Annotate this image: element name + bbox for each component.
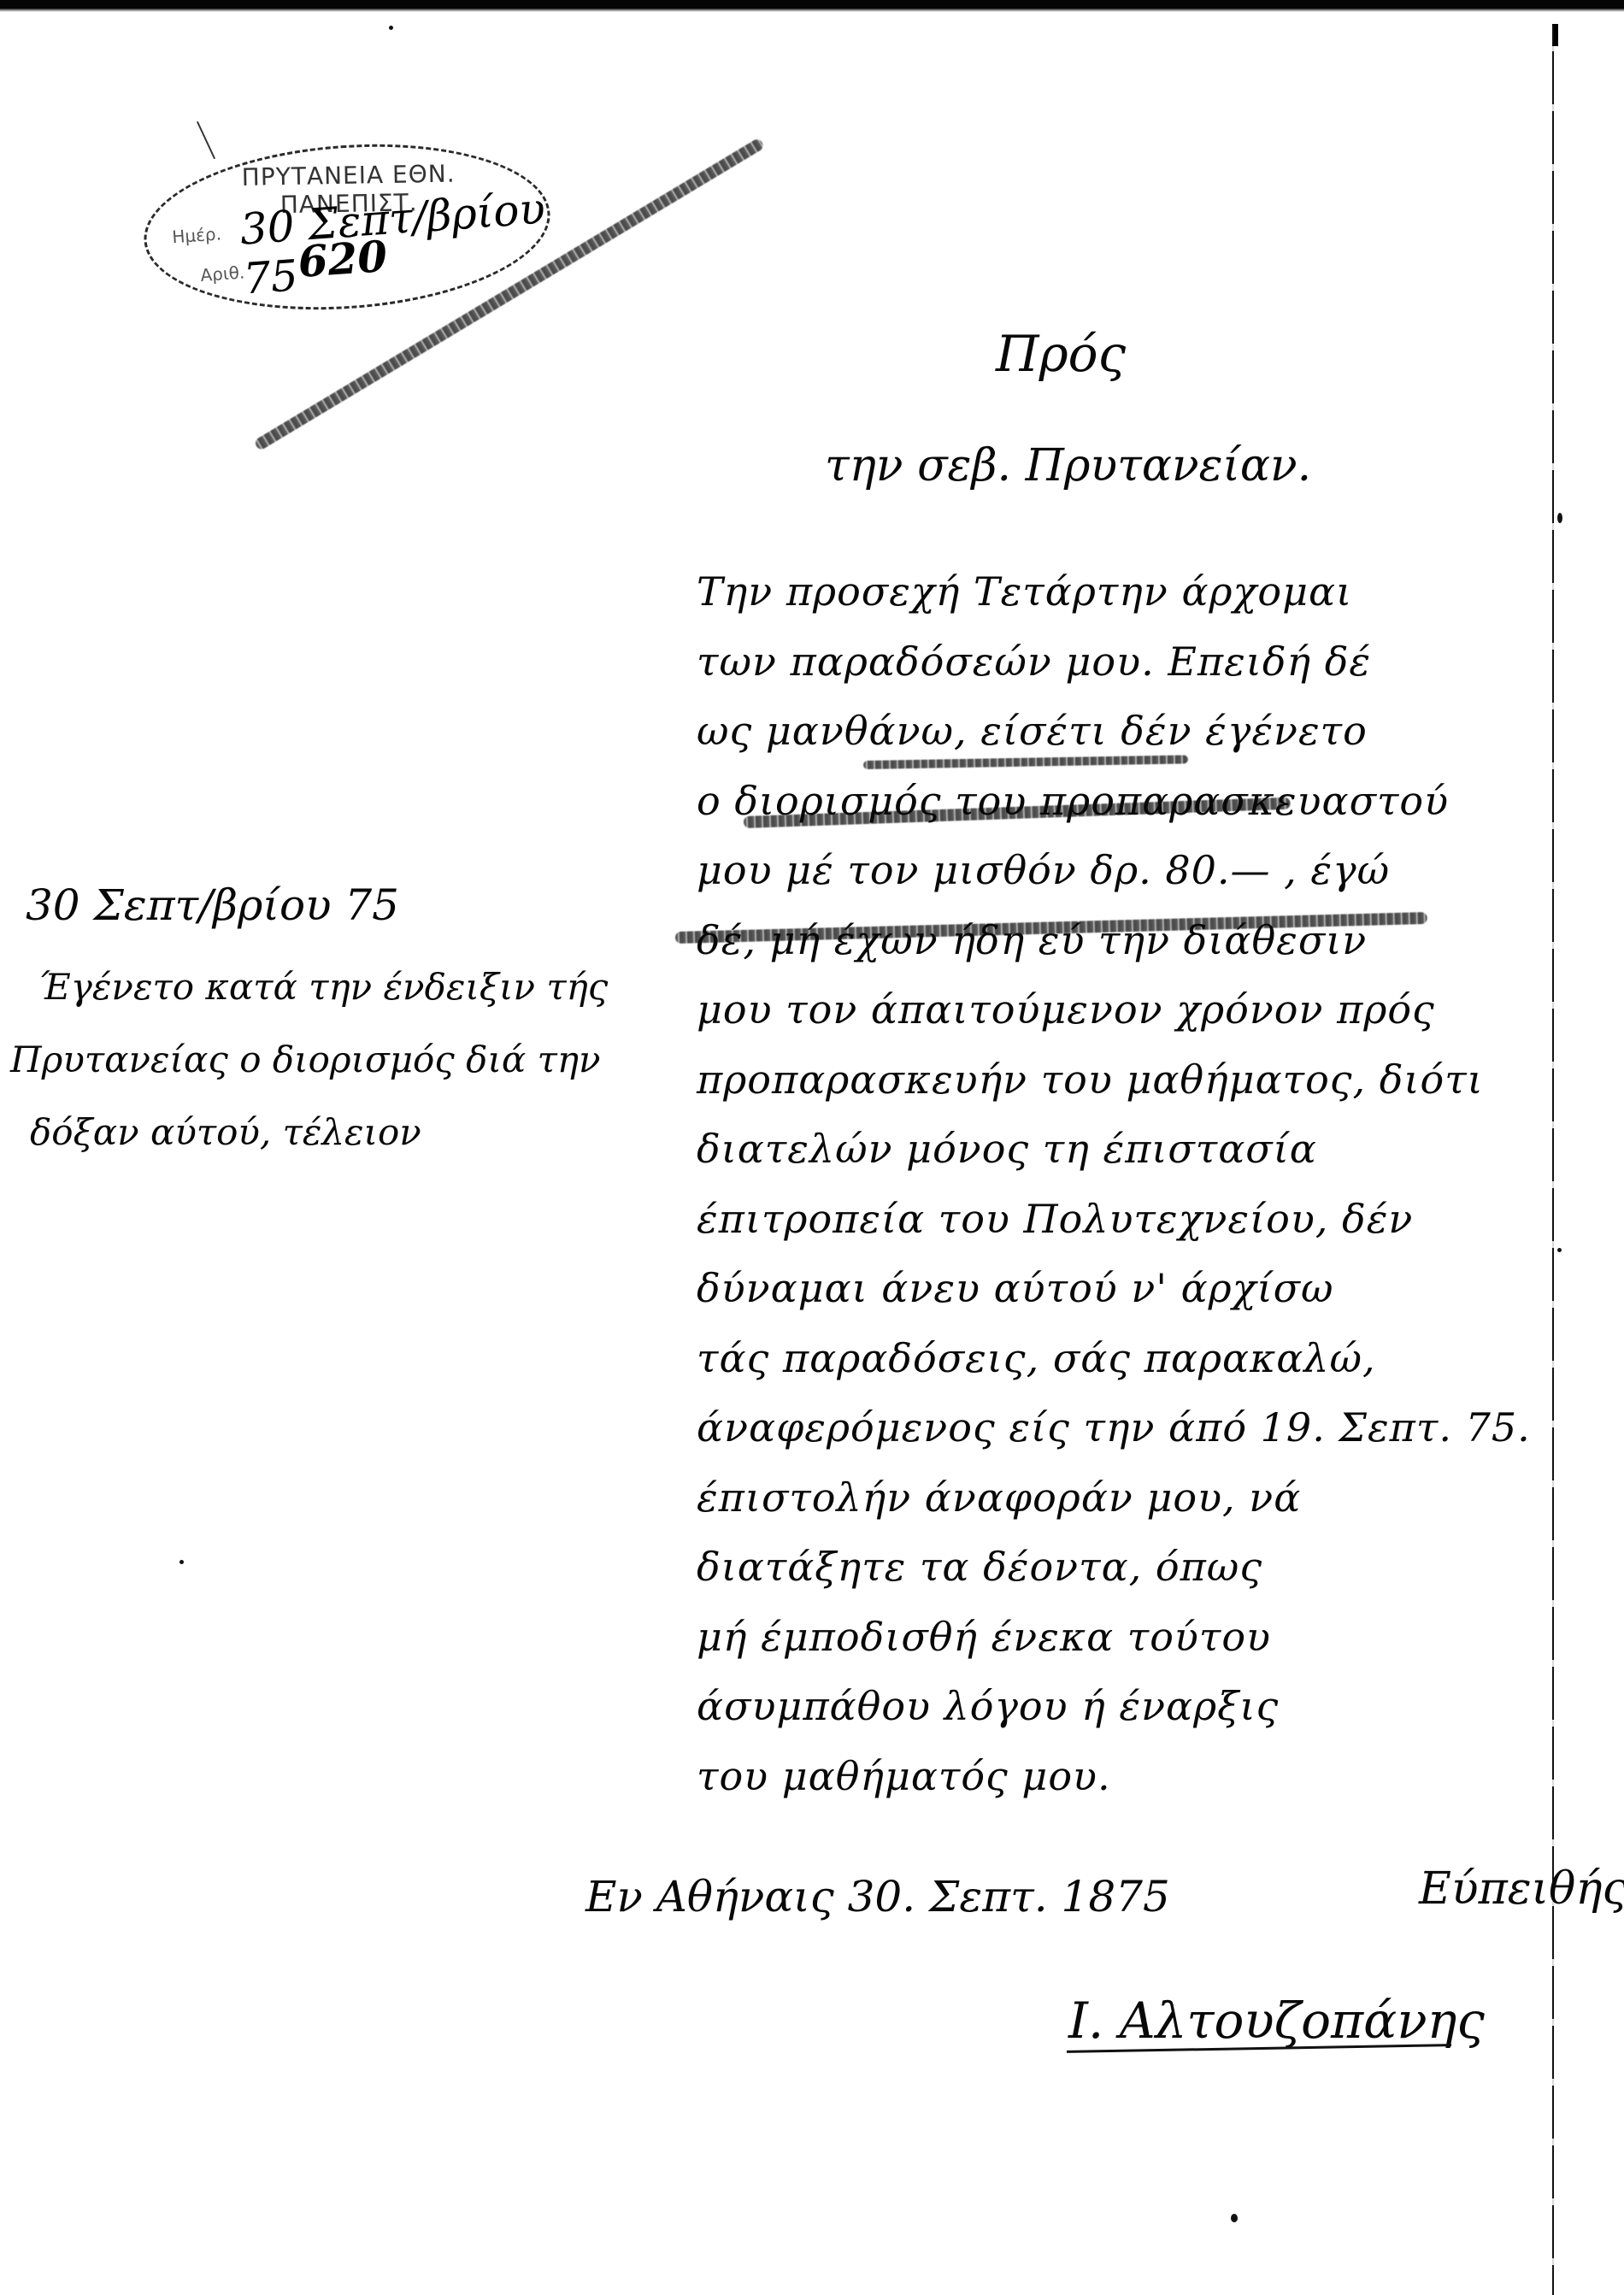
salutation-recipient: την σεβ. Πρυτανείαν.	[825, 440, 1311, 491]
letter-line: Την προσεχή Τετάρτην άρχομαι	[697, 568, 1352, 615]
margin-note-line: Έγένετο κατά την ένδειξιν τής	[38, 966, 608, 1008]
letter-line: μου τον άπαιτούμενον χρόνον πρός	[697, 986, 1435, 1033]
scan-speck	[389, 26, 393, 30]
margin-note-date: 30 Σεπτ/βρίου 75	[26, 880, 399, 930]
margin-note-line: δόξαν αύτού, τέλειον	[30, 1111, 421, 1153]
pencil-underline-0	[863, 755, 1188, 769]
letter-line: τάς παραδόσεις, σάς παρακαλώ,	[697, 1335, 1376, 1381]
registry-stamp: ΠΡΥΤΑΝΕΙΑ ΕΘΝ. ΠΑΝΕΠΙΣΤ. Ημέρ. 30 Σεπτ/β…	[138, 132, 556, 323]
signature: Ι. Αλτουζοπάνης	[1068, 1992, 1485, 2050]
stamp-number: 620	[297, 231, 389, 287]
margin-note-line: Πρυτανείας ο διορισμός διά την	[10, 1039, 601, 1080]
letter-line: διατελών μόνος τη έπιστασία	[697, 1126, 1317, 1172]
closing-formula: Εύπειθής	[1419, 1863, 1624, 1915]
letter-line: διατάξητε τα δέοντα, όπως	[697, 1544, 1262, 1590]
letter-line: δέ, μή έχων ήδη εύ την διάθεσιν	[697, 917, 1367, 963]
letter-line: άσυμπάθου λόγου ή έναρξις	[697, 1683, 1279, 1729]
letter-line: των παραδόσεών μου. Επειδή δέ	[697, 638, 1371, 685]
scan-speck	[1557, 1248, 1562, 1252]
letter-line: έπιστολήν άναφοράν μου, νά	[697, 1474, 1301, 1521]
letter-line: δύναμαι άνευ αύτού ν' άρχίσω	[697, 1265, 1334, 1311]
place-and-date: Εν Αθήναις 30. Σεπτ. 1875	[585, 1872, 1170, 1921]
stamp-date: 30 Σεπτ/βρίου 75	[238, 184, 552, 304]
letter-line: προπαρασκευήν του μαθήματος, διότι	[697, 1056, 1484, 1103]
letter-line: ως μανθάνω, είσέτι δέν έγένετο	[697, 708, 1368, 754]
letter-line: άναφερόμενος είς την άπό 19. Σεπτ. 75.	[697, 1404, 1531, 1451]
stamp-number-label: Αριθ.	[200, 262, 245, 286]
stamp-date-label: Ημέρ.	[171, 223, 221, 247]
salutation-to: Πρός	[996, 325, 1126, 383]
scan-speck	[1557, 513, 1562, 523]
scan-top-shadow	[0, 9, 1624, 12]
letter-line: ο διορισμός του προπαρασκευαστού	[697, 778, 1449, 824]
letter-line: έπιτροπεία του Πολυτεχνείου, δέν	[697, 1196, 1413, 1242]
letter-line: του μαθήματός μου.	[697, 1753, 1111, 1799]
scan-speck	[179, 1560, 184, 1564]
page-right-edge	[1552, 26, 1554, 2295]
letter-line: μή έμποδισθή ένεκα τούτου	[697, 1614, 1271, 1660]
scan-speck	[1231, 2214, 1238, 2222]
letter-line: μου μέ τον μισθόν δρ. 80.— , έγώ	[697, 847, 1390, 893]
stamp-pen-tick	[197, 121, 215, 159]
scan-top-edge	[0, 0, 1624, 9]
